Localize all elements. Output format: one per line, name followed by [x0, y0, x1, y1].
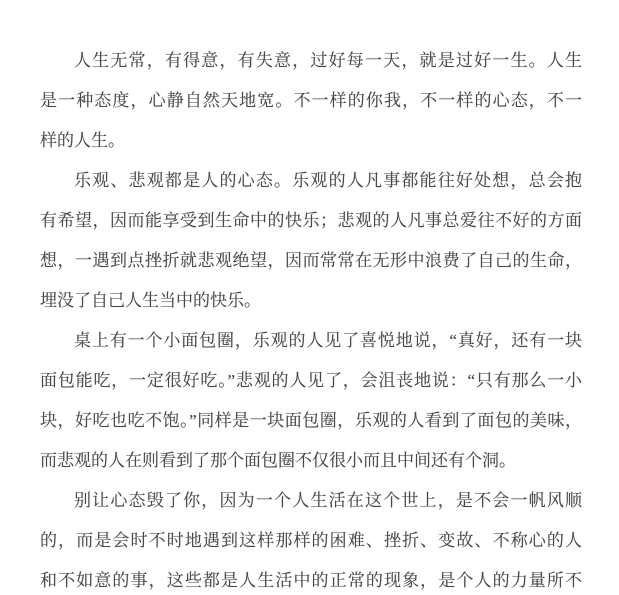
text-line: 有希望，因而能享受到生命中的快乐；悲观的人凡事总爱往不好的方面 [40, 201, 582, 241]
page-text: 人生无常，有得意，有失意，过好每一天，就是过好一生。人生 是一种态度，心静自然天… [40, 41, 582, 595]
text-line: 人生无常，有得意，有失意，过好每一天，就是过好一生。人生 [40, 41, 582, 81]
text-line: 块，好吃也吃不饱。”同样是一块面包圈，乐观的人看到了面包的美味， [40, 401, 582, 441]
text-line: 而悲观的人在则看到了那个面包圈不仅很小而且中间还有个洞。 [40, 441, 582, 481]
text-line: 和不如意的事，这些都是人生活中的正常的现象，是个人的力量所不 [40, 561, 582, 595]
text-line: 的，而是会时不时地遇到这样那样的困难、挫折、变故、不称心的人 [40, 521, 582, 561]
text-line: 想，一遇到点挫折就悲观绝望，因而常常在无形中浪费了自己的生命， [40, 241, 582, 281]
text-line: 埋没了自己人生当中的快乐。 [40, 281, 582, 321]
book-page: 人生无常，有得意，有失意，过好每一天，就是过好一生。人生 是一种态度，心静自然天… [0, 0, 619, 595]
text-line: 别让心态毁了你，因为一个人生活在这个世上，是不会一帆风顺 [40, 481, 582, 521]
text-line: 面包能吃，一定很好吃。”悲观的人见了，会沮丧地说：“只有那么一小 [40, 361, 582, 401]
text-line: 桌上有一个小面包圈，乐观的人见了喜悦地说，“真好，还有一块 [40, 321, 582, 361]
text-line: 乐观、悲观都是人的心态。乐观的人凡事都能往好处想，总会抱 [40, 161, 582, 201]
text-line: 是一种态度，心静自然天地宽。不一样的你我，不一样的心态，不一 [40, 81, 582, 121]
text-line: 样的人生。 [40, 121, 582, 161]
